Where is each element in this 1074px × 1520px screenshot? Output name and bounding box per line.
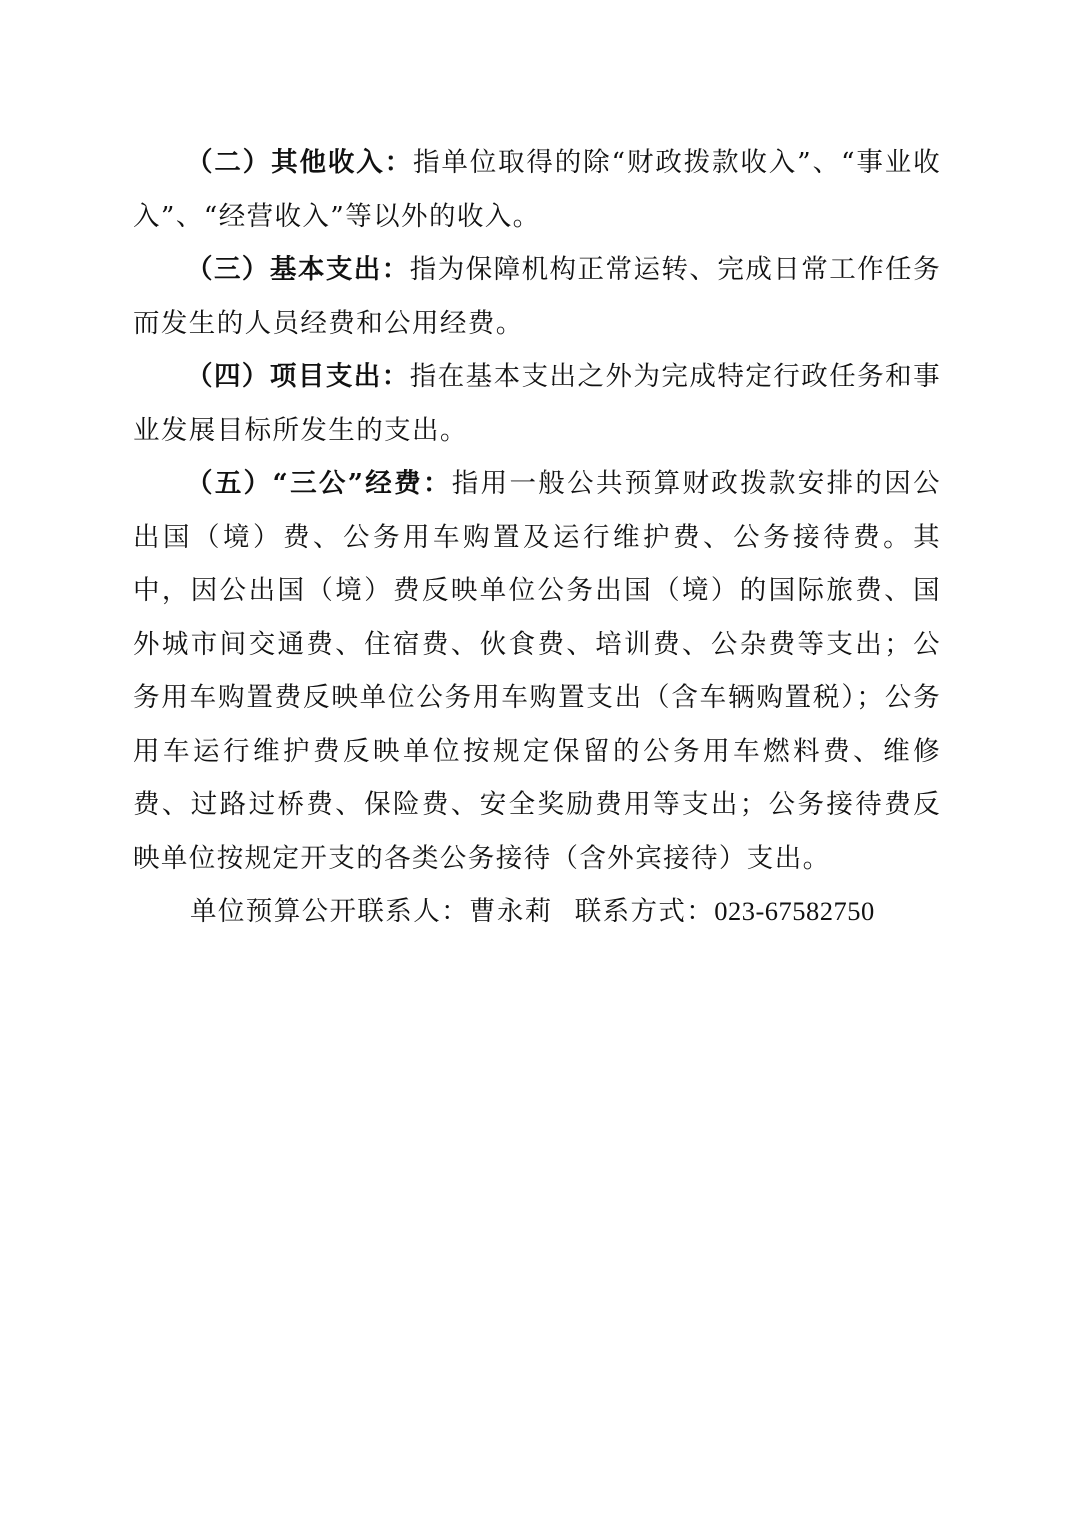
term-three-public-expenses: （五）“三公”经费： bbox=[186, 468, 452, 499]
term-other-income: （二）其他收入： bbox=[186, 147, 413, 178]
paragraph-basic-expenditure: （三）基本支出：指为保障机构正常运转、完成日常工作任务而发生的人员经费和公用经费… bbox=[133, 243, 941, 350]
term-basic-expenditure: （三）基本支出： bbox=[186, 254, 410, 285]
contact-phone: 023-67582750 bbox=[714, 896, 875, 926]
contact-method-label: 联系方式： bbox=[575, 896, 715, 927]
contact-person-label: 单位预算公开联系人： bbox=[190, 896, 469, 927]
contact-person-name: 曹永莉 bbox=[469, 896, 553, 927]
paragraph-other-income: （二）其他收入：指单位取得的除“财政拨款收入”、“事业收入”、“经营收入”等以外… bbox=[133, 136, 941, 243]
paragraph-project-expenditure: （四）项目支出：指在基本支出之外为完成特定行政任务和事业发展目标所发生的支出。 bbox=[133, 350, 941, 457]
contact-line: 单位预算公开联系人：曹永莉联系方式：023-67582750 bbox=[133, 885, 941, 939]
paragraph-three-public-expenses: （五）“三公”经费：指用一般公共预算财政拨款安排的因公出国（境）费、公务用车购置… bbox=[133, 457, 941, 885]
document-page: （二）其他收入：指单位取得的除“财政拨款收入”、“事业收入”、“经营收入”等以外… bbox=[133, 136, 941, 939]
definition-three-public-expenses: 指用一般公共预算财政拨款安排的因公出国（境）费、公务用车购置及运行维护费、公务接… bbox=[133, 468, 941, 874]
term-project-expenditure: （四）项目支出： bbox=[186, 361, 410, 392]
